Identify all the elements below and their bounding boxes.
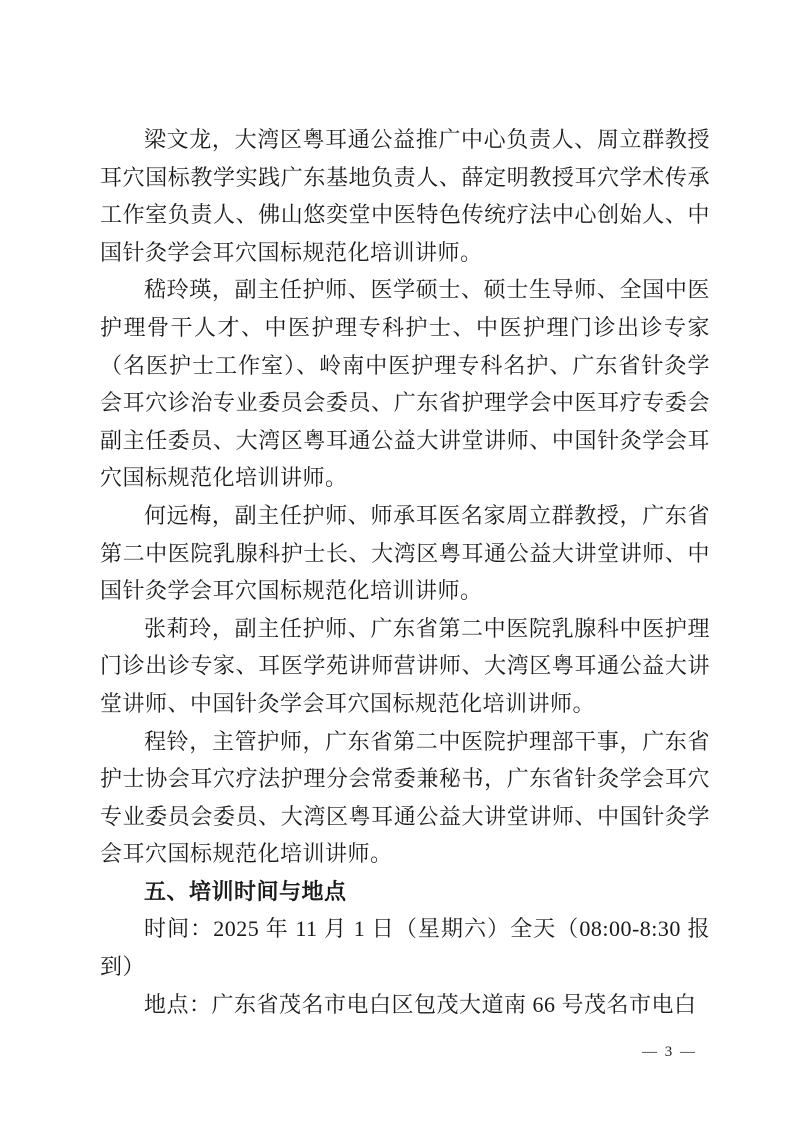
bio-paragraph-zhangliling: 张莉玲，副主任护师、广东省第二中医院乳腺科中医护理门诊出诊专家、耳医学苑讲师营讲… — [100, 610, 710, 723]
section-heading-training-time-location: 五、培训时间与地点 — [100, 873, 710, 911]
bio-paragraph-jilingying: 嵇玲瑛，副主任护师、医学硕士、硕士生导师、全国中医护理骨干人才、中医护理专科护士… — [100, 271, 710, 497]
training-location-line: 地点：广东省茂名市电白区包茂大道南 66 号茂名市电白 — [100, 986, 710, 1024]
page-number: — 3 — — [642, 1044, 697, 1061]
document-page: 梁文龙，大湾区粤耳通公益推广中心负责人、周立群教授耳穴国标教学实践广东基地负责人… — [0, 0, 800, 1131]
bio-paragraph-heyuanmei: 何远梅，副主任护师、师承耳医名家周立群教授，广东省第二中医院乳腺科护士长、大湾区… — [100, 497, 710, 610]
training-time-line: 时间：2025 年 11 月 1 日（星期六）全天（08:00-8:30 报到） — [100, 910, 710, 985]
document-text-block: 梁文龙，大湾区粤耳通公益推广中心负责人、周立群教授耳穴国标教学实践广东基地负责人… — [100, 121, 710, 1023]
bio-paragraph-liangwenlong: 梁文龙，大湾区粤耳通公益推广中心负责人、周立群教授耳穴国标教学实践广东基地负责人… — [100, 121, 710, 271]
bio-paragraph-chengling: 程铃，主管护师，广东省第二中医院护理部干事，广东省护士协会耳穴疗法护理分会常委兼… — [100, 723, 710, 873]
